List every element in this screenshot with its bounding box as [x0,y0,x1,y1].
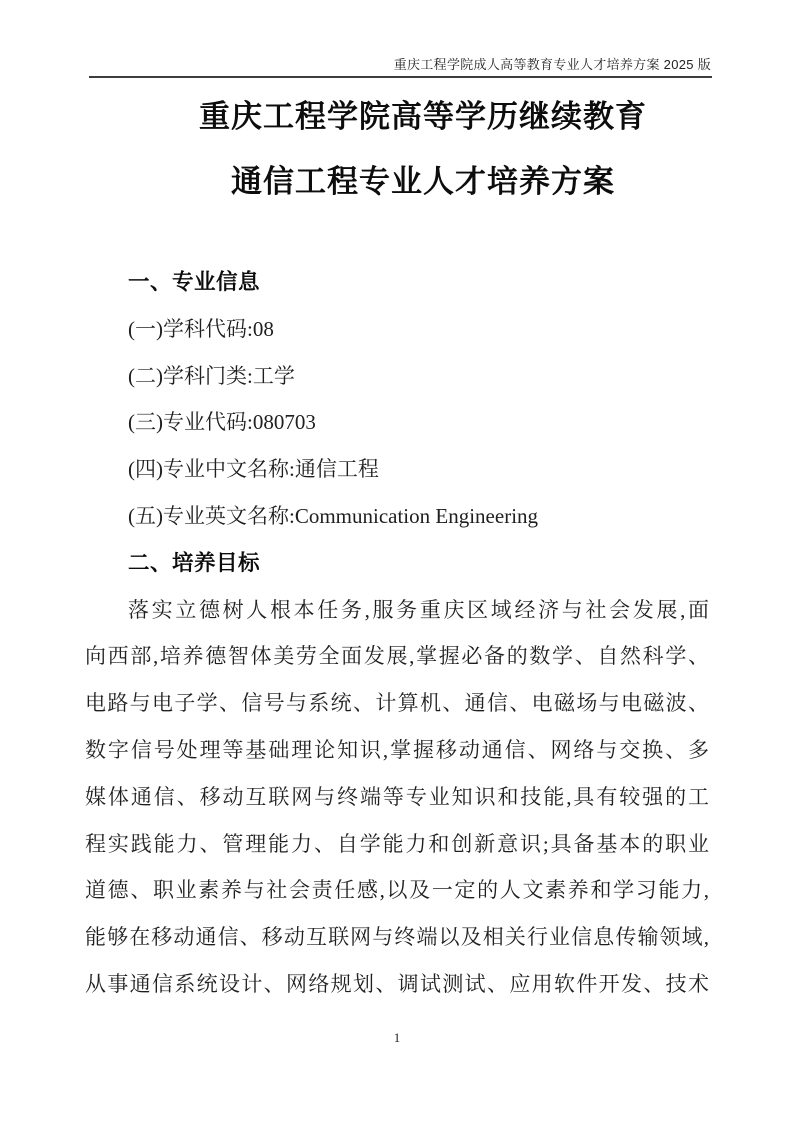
info-item-subject-category: (二)学科门类:工学 [85,353,709,400]
section-heading-major-info: 一、专业信息 [85,259,709,306]
section-heading-training-objectives: 二、培养目标 [85,540,709,587]
page-footer: 1 [0,1030,794,1047]
info-item-major-name-en: (五)专业英文名称:Communication Engineering [85,493,709,540]
paragraph-line: 道德、职业素养与社会责任感,以及一定的人文素养和学习能力, [85,867,709,914]
info-item-major-code: (三)专业代码:080703 [85,399,709,446]
document-title-line-1: 重庆工程学院高等学历继续教育 [0,100,794,134]
paragraph-line: 媒体通信、移动互联网与终端等专业知识和技能,具有较强的工 [85,774,709,821]
document-title-line-2: 通信工程专业人才培养方案 [0,165,794,199]
paragraph-line: 电路与电子学、信号与系统、计算机、通信、电磁场与电磁波、 [85,680,709,727]
page-header-text: 重庆工程学院成人高等教育专业人才培养方案 2025 版 [89,56,711,73]
paragraph-line: 从事通信系统设计、网络规划、调试测试、应用软件开发、技术 [85,961,709,1008]
paragraph-line: 能够在移动通信、移动互联网与终端以及相关行业信息传输领域, [85,914,709,961]
paragraph-line: 数字信号处理等基础理论知识,掌握移动通信、网络与交换、多 [85,727,709,774]
header-rule [89,76,712,78]
info-item-subject-code: (一)学科代码:08 [85,306,709,353]
document-page: 重庆工程学院成人高等教育专业人才培养方案 2025 版 重庆工程学院高等学历继续… [0,0,794,1122]
page-number: 1 [394,1031,400,1045]
info-item-major-name-cn: (四)专业中文名称:通信工程 [85,446,709,493]
paragraph-line: 程实践能力、管理能力、自学能力和创新意识;具备基本的职业 [85,821,709,868]
document-body: 一、专业信息 (一)学科代码:08 (二)学科门类:工学 (三)专业代码:080… [85,259,709,1008]
paragraph-line: 向西部,培养德智体美劳全面发展,掌握必备的数学、自然科学、 [85,633,709,680]
paragraph-line: 落实立德树人根本任务,服务重庆区域经济与社会发展,面 [85,587,709,634]
